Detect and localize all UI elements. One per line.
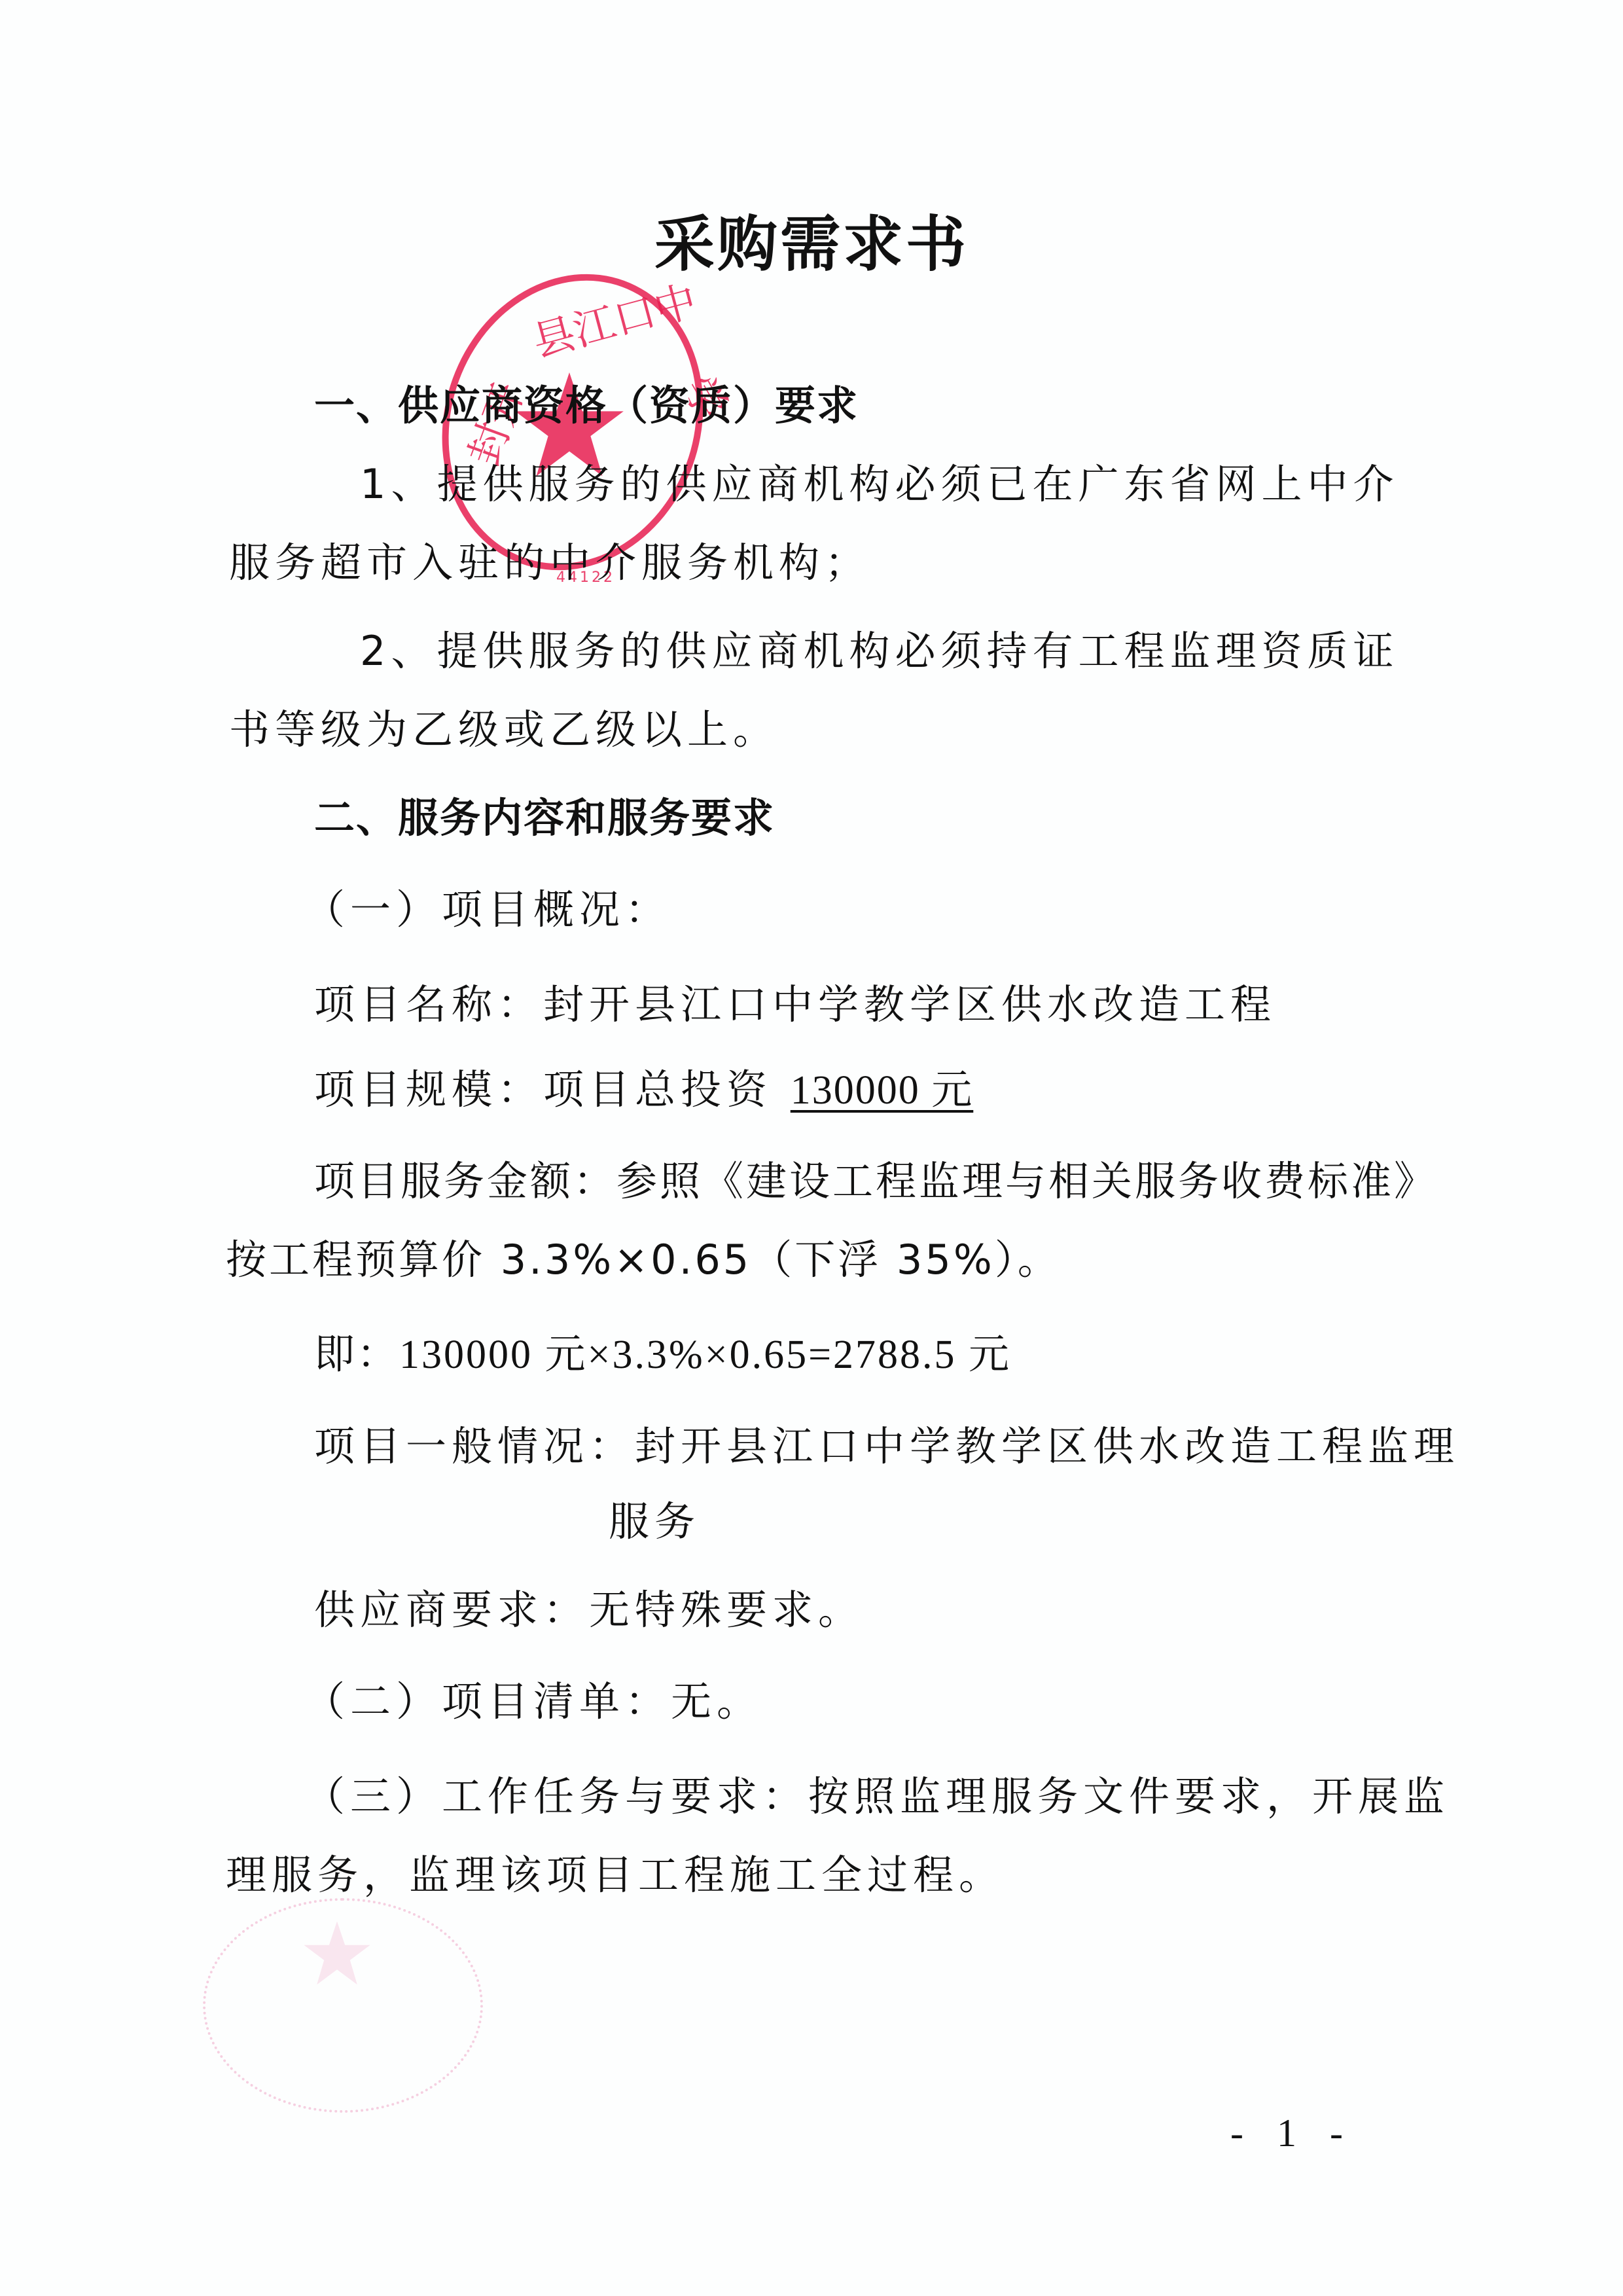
- page-number: - 1 -: [1230, 2111, 1355, 2156]
- project-scale-value: 130000 元: [791, 1068, 974, 1113]
- subsection2-project-list: （二）项目清单：无。: [304, 1676, 762, 1728]
- section1-heading: 一、供应商资格（资质）要求: [314, 380, 859, 432]
- section1-item2-line2: 书等级为乙级或乙级以上。: [229, 704, 779, 756]
- subsection1-heading: （一）项目概况：: [304, 884, 671, 936]
- general-situation-row: 项目一般情况：封开县江口中学教学区供水改造工程监理: [314, 1420, 1459, 1473]
- general-situation-label: 项目一般情况：: [314, 1422, 635, 1470]
- section1-item1-line1: 1、提供服务的供应商机构必须已在广东省网上中介: [360, 458, 1399, 511]
- subsection3-line1: （三）工作任务与要求：按照监理服务文件要求，开展监: [304, 1770, 1450, 1823]
- service-amount-line2: 按工程预算价 3.3%×0.65（下浮 35%）。: [226, 1234, 1061, 1286]
- project-scale-label: 项目规模：: [314, 1066, 543, 1113]
- section2-heading: 二、服务内容和服务要求: [314, 792, 775, 844]
- general-situation-line1: 封开县江口中学教学区供水改造工程监理: [635, 1422, 1459, 1470]
- supplier-requirement: 供应商要求：无特殊要求。: [314, 1584, 864, 1636]
- document-title: 采购需求书: [0, 196, 1623, 283]
- document-page: 县江口中 封开 学 44122 采购需求书 一、供应商资格（资质）要求 1、提供…: [0, 0, 1623, 2296]
- section1-item1-line2: 服务超市入驻的中介服务机构；: [229, 537, 870, 589]
- project-scale-row: 项目规模：项目总投资 130000 元: [314, 1064, 973, 1117]
- section1-item2-line1: 2、提供服务的供应商机构必须持有工程监理资质证: [360, 625, 1399, 677]
- general-situation-line2: 服务: [609, 1496, 700, 1548]
- project-name-value: 封开县江口中学教学区供水改造工程: [543, 980, 1276, 1028]
- fee-calculation: 即：130000 元×3.3%×0.65=2788.5 元: [314, 1329, 1011, 1381]
- subsection3-line2: 理服务，监理该项目工程施工全过程。: [226, 1849, 1005, 1901]
- project-scale-prefix: 项目总投资: [543, 1066, 772, 1113]
- service-amount-line1: 项目服务金额：参照《建设工程监理与相关服务收费标准》: [314, 1155, 1437, 1208]
- document-body: 采购需求书 一、供应商资格（资质）要求 1、提供服务的供应商机构必须已在广东省网…: [0, 0, 1623, 2296]
- project-name-label: 项目名称：: [314, 980, 543, 1028]
- project-name-row: 项目名称：封开县江口中学教学区供水改造工程: [314, 978, 1276, 1031]
